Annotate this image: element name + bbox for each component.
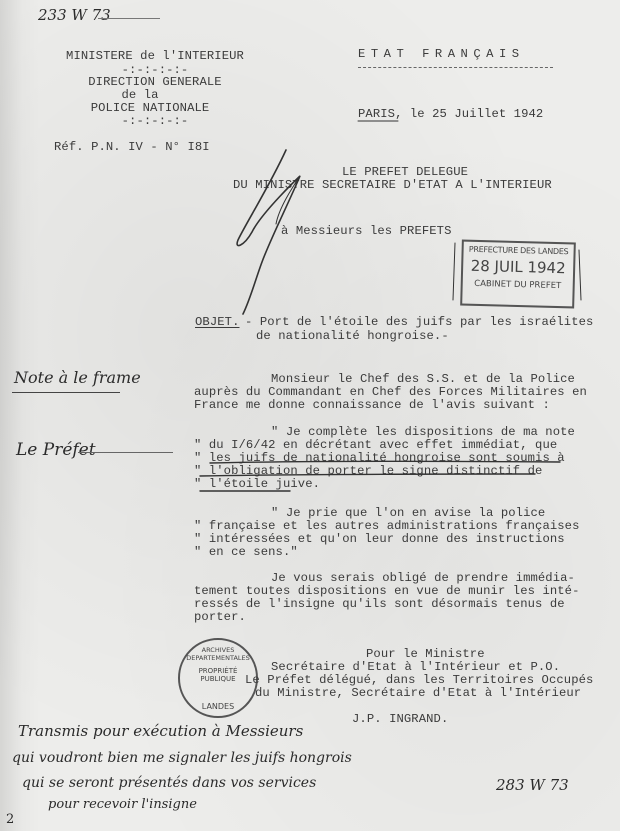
stamp-cabinet: CABINET DU PREFET [463, 279, 573, 292]
margin-note-line [78, 452, 173, 453]
stamp-prefecture: PREFECTURE DES LANDES [464, 245, 574, 257]
signatory-name: J.P. INGRAND. [352, 713, 448, 726]
quote1-line: " l'étoile juive. [194, 478, 320, 491]
signature-line: du Ministre, Secrétaire d'Etat à l'Intér… [255, 687, 581, 700]
handwritten-line: Transmis pour exécution à Messieurs [18, 722, 303, 740]
handwritten-line: pour recevoir l'insigne [48, 797, 197, 812]
strike-line [98, 18, 160, 19]
document-page: 233 W 73 MINISTERE de l'INTERIEUR -:-:-:… [0, 0, 620, 831]
archive-stamp-bottom: LANDES [180, 702, 256, 711]
sender-ministry: DU MINISTRE SECRETAIRE D'ETAT A L'INTERI… [233, 179, 552, 192]
state-underline [358, 67, 553, 68]
body-para2-line: ressés de l'insigne qu'ils sont désormai… [194, 598, 565, 611]
handwritten-line: qui voudront bien me signaler les juifs … [12, 750, 352, 766]
quote2-line: " en ce sens." [194, 546, 298, 559]
reference-number: Réf. P.N. IV - N° I8I [54, 141, 210, 154]
archive-reference-top: 233 W 73 [38, 6, 111, 24]
margin-note-2: Le Préfet [16, 440, 96, 460]
archive-stamp-ring: ARCHIVES DEPARTEMENTALES [180, 646, 256, 662]
archive-reference-bottom: 283 W 73 [496, 776, 569, 794]
body-para1-line: France me donne connaissance de l'avis s… [194, 399, 550, 412]
state-heading: ETAT FRANÇAIS [358, 48, 525, 61]
place-date: PARIS, le 25 Juillet 1942 [358, 108, 543, 121]
stamp-date: 28 JUIL 1942 [463, 257, 573, 278]
margin-note-underline [12, 392, 120, 393]
separator: -:-:-:-:- [40, 115, 270, 128]
page-number: 2 [6, 812, 14, 827]
recipient: à Messieurs les PREFETS [281, 225, 452, 238]
body-para2-line: porter. [194, 611, 246, 624]
margin-note-1: Note à le frame [14, 368, 141, 387]
subject-text-cont: de nationalité hongroise.- [256, 330, 449, 343]
subject-label: OBJET. [195, 316, 239, 329]
ministry-heading: MINISTERE de l'INTERIEUR [40, 50, 270, 63]
subject-text: - Port de l'étoile des juifs par les isr… [245, 316, 593, 329]
received-stamp: PREFECTURE DES LANDES 28 JUIL 1942 CABIN… [460, 240, 576, 309]
handwritten-line: qui se seront présentés dans vos service… [22, 775, 316, 791]
